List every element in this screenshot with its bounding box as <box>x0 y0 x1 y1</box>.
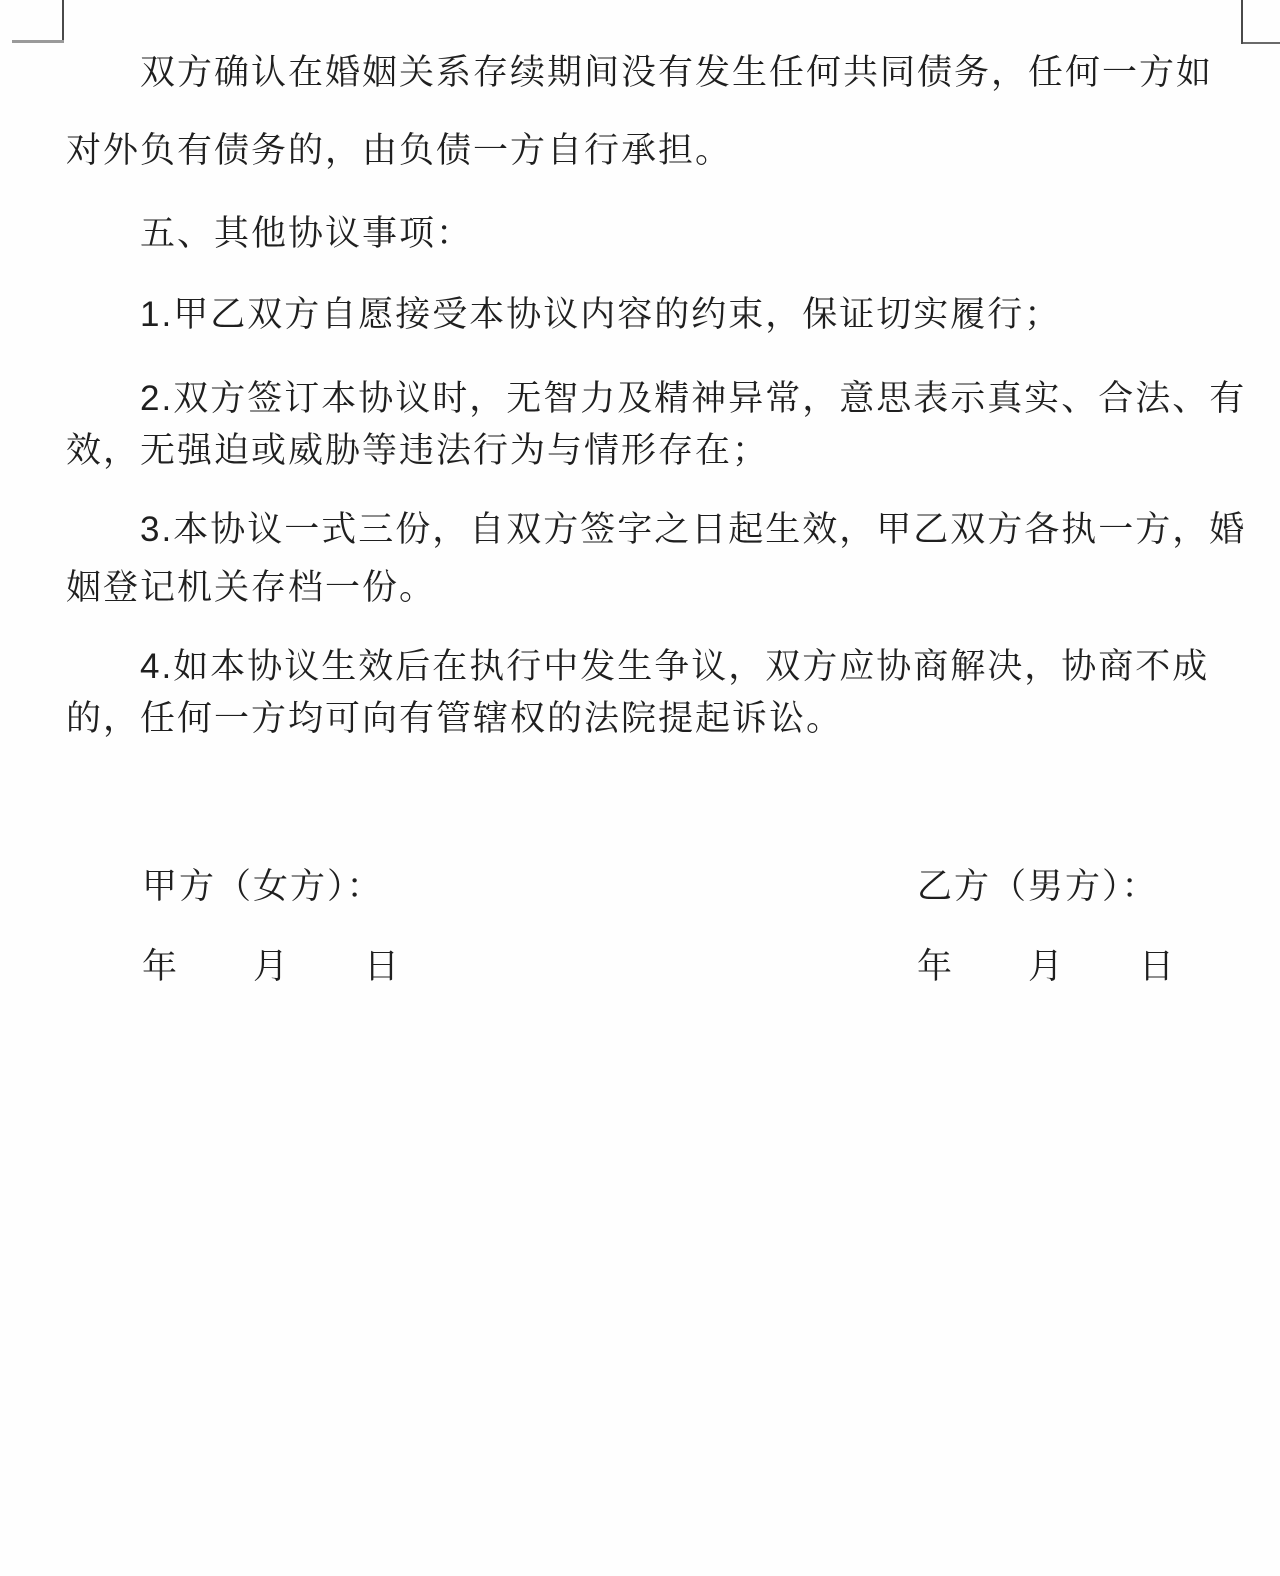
text-line: 3.本协议一式三份，自双方签字之日起生效，甲乙双方各执一方，婚 <box>66 501 1226 559</box>
text-line: 效，无强迫或威胁等违法行为与情形存在； <box>66 425 1226 477</box>
text-line: 2.双方签订本协议时，无智力及精神异常，意思表示真实、合法、有 <box>66 373 1226 425</box>
text-line: 双方确认在婚姻关系存续期间没有发生任何共同债务，任何一方如 <box>66 34 1226 112</box>
page-corner-mark-top-right-vertical <box>1241 0 1243 44</box>
clause-4-dispute-resolution: 4.如本协议生效后在执行中发生争议，双方应协商解决，协商不成 的，任何一方均可向… <box>66 641 1226 745</box>
text-line: 对外负有债务的，由负债一方自行承担。 <box>66 112 1226 190</box>
clause-2-true-intent: 2.双方签订本协议时，无智力及精神异常，意思表示真实、合法、有 效，无强迫或威胁… <box>66 373 1226 477</box>
party-b-date-line: 年 月 日 <box>917 945 1176 989</box>
document-page: 双方确认在婚姻关系存续期间没有发生任何共同债务，任何一方如 对外负有债务的，由负… <box>0 0 1280 1576</box>
text-line: 的，任何一方均可向有管辖权的法院提起诉讼。 <box>66 693 1226 745</box>
clause-1-voluntary-acceptance: 1.甲乙双方自愿接受本协议内容的约束，保证切实履行； <box>66 287 1226 343</box>
paragraph-common-debt: 双方确认在婚姻关系存续期间没有发生任何共同债务，任何一方如 对外负有债务的，由负… <box>66 34 1226 190</box>
text-line: 五、其他协议事项： <box>66 206 1226 262</box>
party-b-signature-label: 乙方（男方）： <box>917 865 1159 909</box>
section-heading-other-matters: 五、其他协议事项： <box>66 206 1226 262</box>
clause-3-copies-effectiveness: 3.本协议一式三份，自双方签字之日起生效，甲乙双方各执一方，婚 姻登记机关存档一… <box>66 501 1226 617</box>
page-corner-mark-top-right-horizontal <box>1243 42 1280 44</box>
page-corner-mark-top-left-vertical <box>62 0 64 42</box>
text-line: 姻登记机关存档一份。 <box>66 559 1226 617</box>
party-a-signature-label: 甲方（女方）： <box>142 865 384 909</box>
text-line: 1.甲乙双方自愿接受本协议内容的约束，保证切实履行； <box>66 287 1226 343</box>
text-line: 4.如本协议生效后在执行中发生争议，双方应协商解决，协商不成 <box>66 641 1226 693</box>
party-a-date-line: 年 月 日 <box>142 945 401 989</box>
page-corner-mark-top-left-horizontal <box>12 40 64 43</box>
